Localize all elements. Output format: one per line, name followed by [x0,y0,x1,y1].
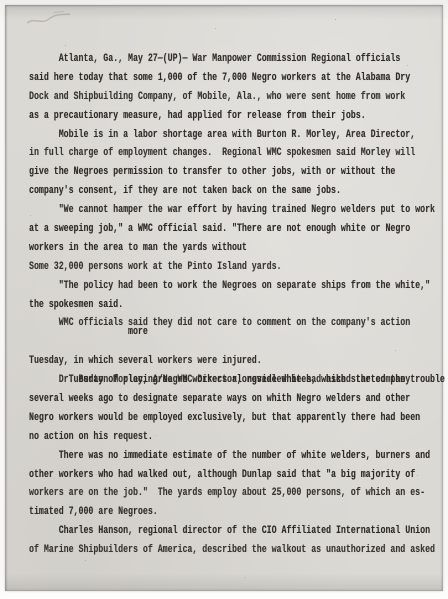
document-line: "The policy had been to work the Negroes… [29,277,448,296]
document-line: company's consent, if they are not taken… [29,182,448,201]
document-line: Tuesday, in which several workers were i… [29,352,448,371]
document-line: "We cannot hamper the war effort by havi… [29,201,448,220]
document-line: Some 32,000 persons work at the Pinto Is… [29,258,448,277]
document-line: WMC officials said they did not care to … [29,314,448,333]
document-line: Charles Hanson, regional director of the… [29,522,448,541]
document-line: the spokesmen said. [29,296,448,315]
document-line: of Marine Shipbuilders of America, descr… [29,541,448,560]
document-line: as a precautionary measure, had applied … [29,107,448,126]
document-line: in full charge of employment changes. Re… [29,144,448,163]
document-line: workers are on the job." The yards emplo… [29,484,448,503]
document-line: timated 7,000 are Negroes. [29,503,448,522]
document-line: Dr. Burton Morley, Area WMC Director, re… [29,371,448,390]
typed-insertion-more: more [128,323,148,342]
document-line: no action on his request. [29,428,448,447]
document-line: Negro workers would be employed exclusiv… [29,409,448,428]
document-line: Mobile is in a labor shortage area with … [29,126,448,145]
document-line: other workers who had walked out, althou… [29,466,448,485]
paper-specks [5,5,6,6]
pencil-smudge [23,7,83,31]
document-body: Atlanta, Ga., May 27—(UP)— War Manpower … [29,50,448,560]
document-line: more Tuesday of placing/Negro workers al… [29,333,448,352]
document-line: give the Negroes permission to transfer … [29,163,448,182]
document-line: at a sweeping job," a WMC official said.… [29,220,448,239]
document-line: several weeks ago to designate separate … [29,390,448,409]
document-line: said here today that some 1,000 of the 7… [29,69,448,88]
document-line: Atlanta, Ga., May 27—(UP)— War Manpower … [29,50,448,69]
paper: Atlanta, Ga., May 27—(UP)— War Manpower … [5,5,443,591]
document-line: There was no immediate estimate of the n… [29,447,448,466]
document-line: Dock and Shipbuilding Company, of Mobile… [29,88,448,107]
document-line: workers in the area to man the yards wit… [29,239,448,258]
scan-background: Atlanta, Ga., May 27—(UP)— War Manpower … [0,0,448,599]
